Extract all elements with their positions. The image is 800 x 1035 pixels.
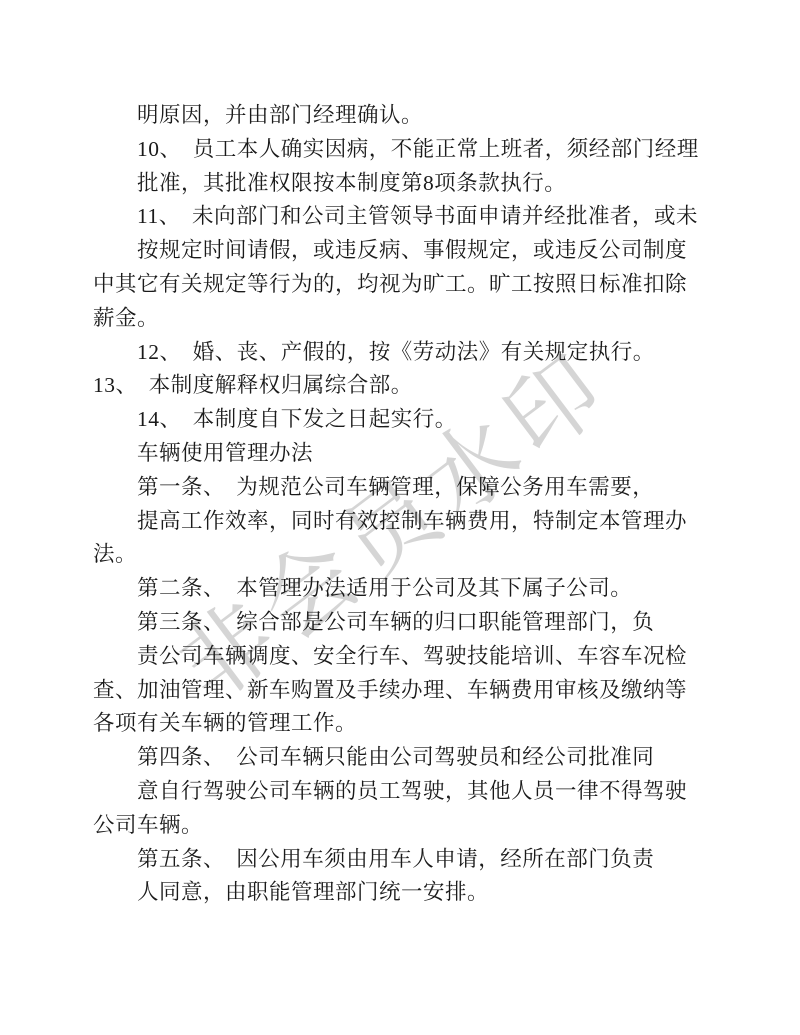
page-background: 非会员水印 明原因，并由部门经理确认。 10、 员工本人确实因病，不能正常上班者…	[0, 0, 800, 1035]
doc-line-item-14: 14、 本制度自下发之日起实行。	[93, 403, 733, 437]
doc-line-continuation: 提高工作效率，同时有效控制车辆费用，特制定本管理办	[93, 505, 733, 539]
doc-line-continuation: 明原因，并由部门经理确认。	[93, 99, 733, 133]
doc-line-continuation: 按规定时间请假，或违反病、事假规定，或违反公司制度	[93, 234, 733, 268]
doc-line-item-12: 12、 婚、丧、产假的，按《劳动法》有关规定执行。	[93, 336, 733, 370]
doc-line-continuation: 意自行驾驶公司车辆的员工驾驶，其他人员一律不得驾驶	[93, 775, 733, 809]
document-body: 明原因，并由部门经理确认。 10、 员工本人确实因病，不能正常上班者，须经部门经…	[93, 99, 733, 910]
doc-line-item-10: 10、 员工本人确实因病，不能正常上班者，须经部门经理	[93, 133, 733, 167]
doc-line-continuation: 薪金。	[93, 302, 733, 336]
doc-line-article-4: 第四条、 公司车辆只能由公司驾驶员和经公司批准同	[93, 741, 733, 775]
doc-line-continuation: 中其它有关规定等行为的，均视为旷工。旷工按照日标准扣除	[93, 268, 733, 302]
doc-line-item-13: 13、 本制度解释权归属综合部。	[93, 369, 733, 403]
doc-line-article-1: 第一条、 为规范公司车辆管理，保障公务用车需要，	[93, 471, 733, 505]
doc-line-continuation: 批准，其批准权限按本制度第8项条款执行。	[93, 167, 733, 201]
doc-line-continuation: 查、加油管理、新车购置及手续办理、车辆费用审核及缴纳等	[93, 674, 733, 708]
doc-line-article-2: 第二条、 本管理办法适用于公司及其下属子公司。	[93, 572, 733, 606]
doc-line-continuation: 法。	[93, 538, 733, 572]
doc-line-continuation: 人同意，由职能管理部门统一安排。	[93, 876, 733, 910]
doc-line-continuation: 各项有关车辆的管理工作。	[93, 707, 733, 741]
document-page: { "page": { "kind": "scanned-text-docume…	[0, 0, 800, 1035]
doc-section-heading: 车辆使用管理办法	[93, 437, 733, 471]
doc-line-continuation: 责公司车辆调度、安全行车、驾驶技能培训、车容车况检	[93, 640, 733, 674]
doc-line-article-5: 第五条、 因公用车须由用车人申请，经所在部门负责	[93, 843, 733, 877]
doc-line-continuation: 公司车辆。	[93, 809, 733, 843]
doc-line-item-11: 11、 未向部门和公司主管领导书面申请并经批准者，或未	[93, 200, 733, 234]
doc-line-article-3: 第三条、 综合部是公司车辆的归口职能管理部门，负	[93, 606, 733, 640]
